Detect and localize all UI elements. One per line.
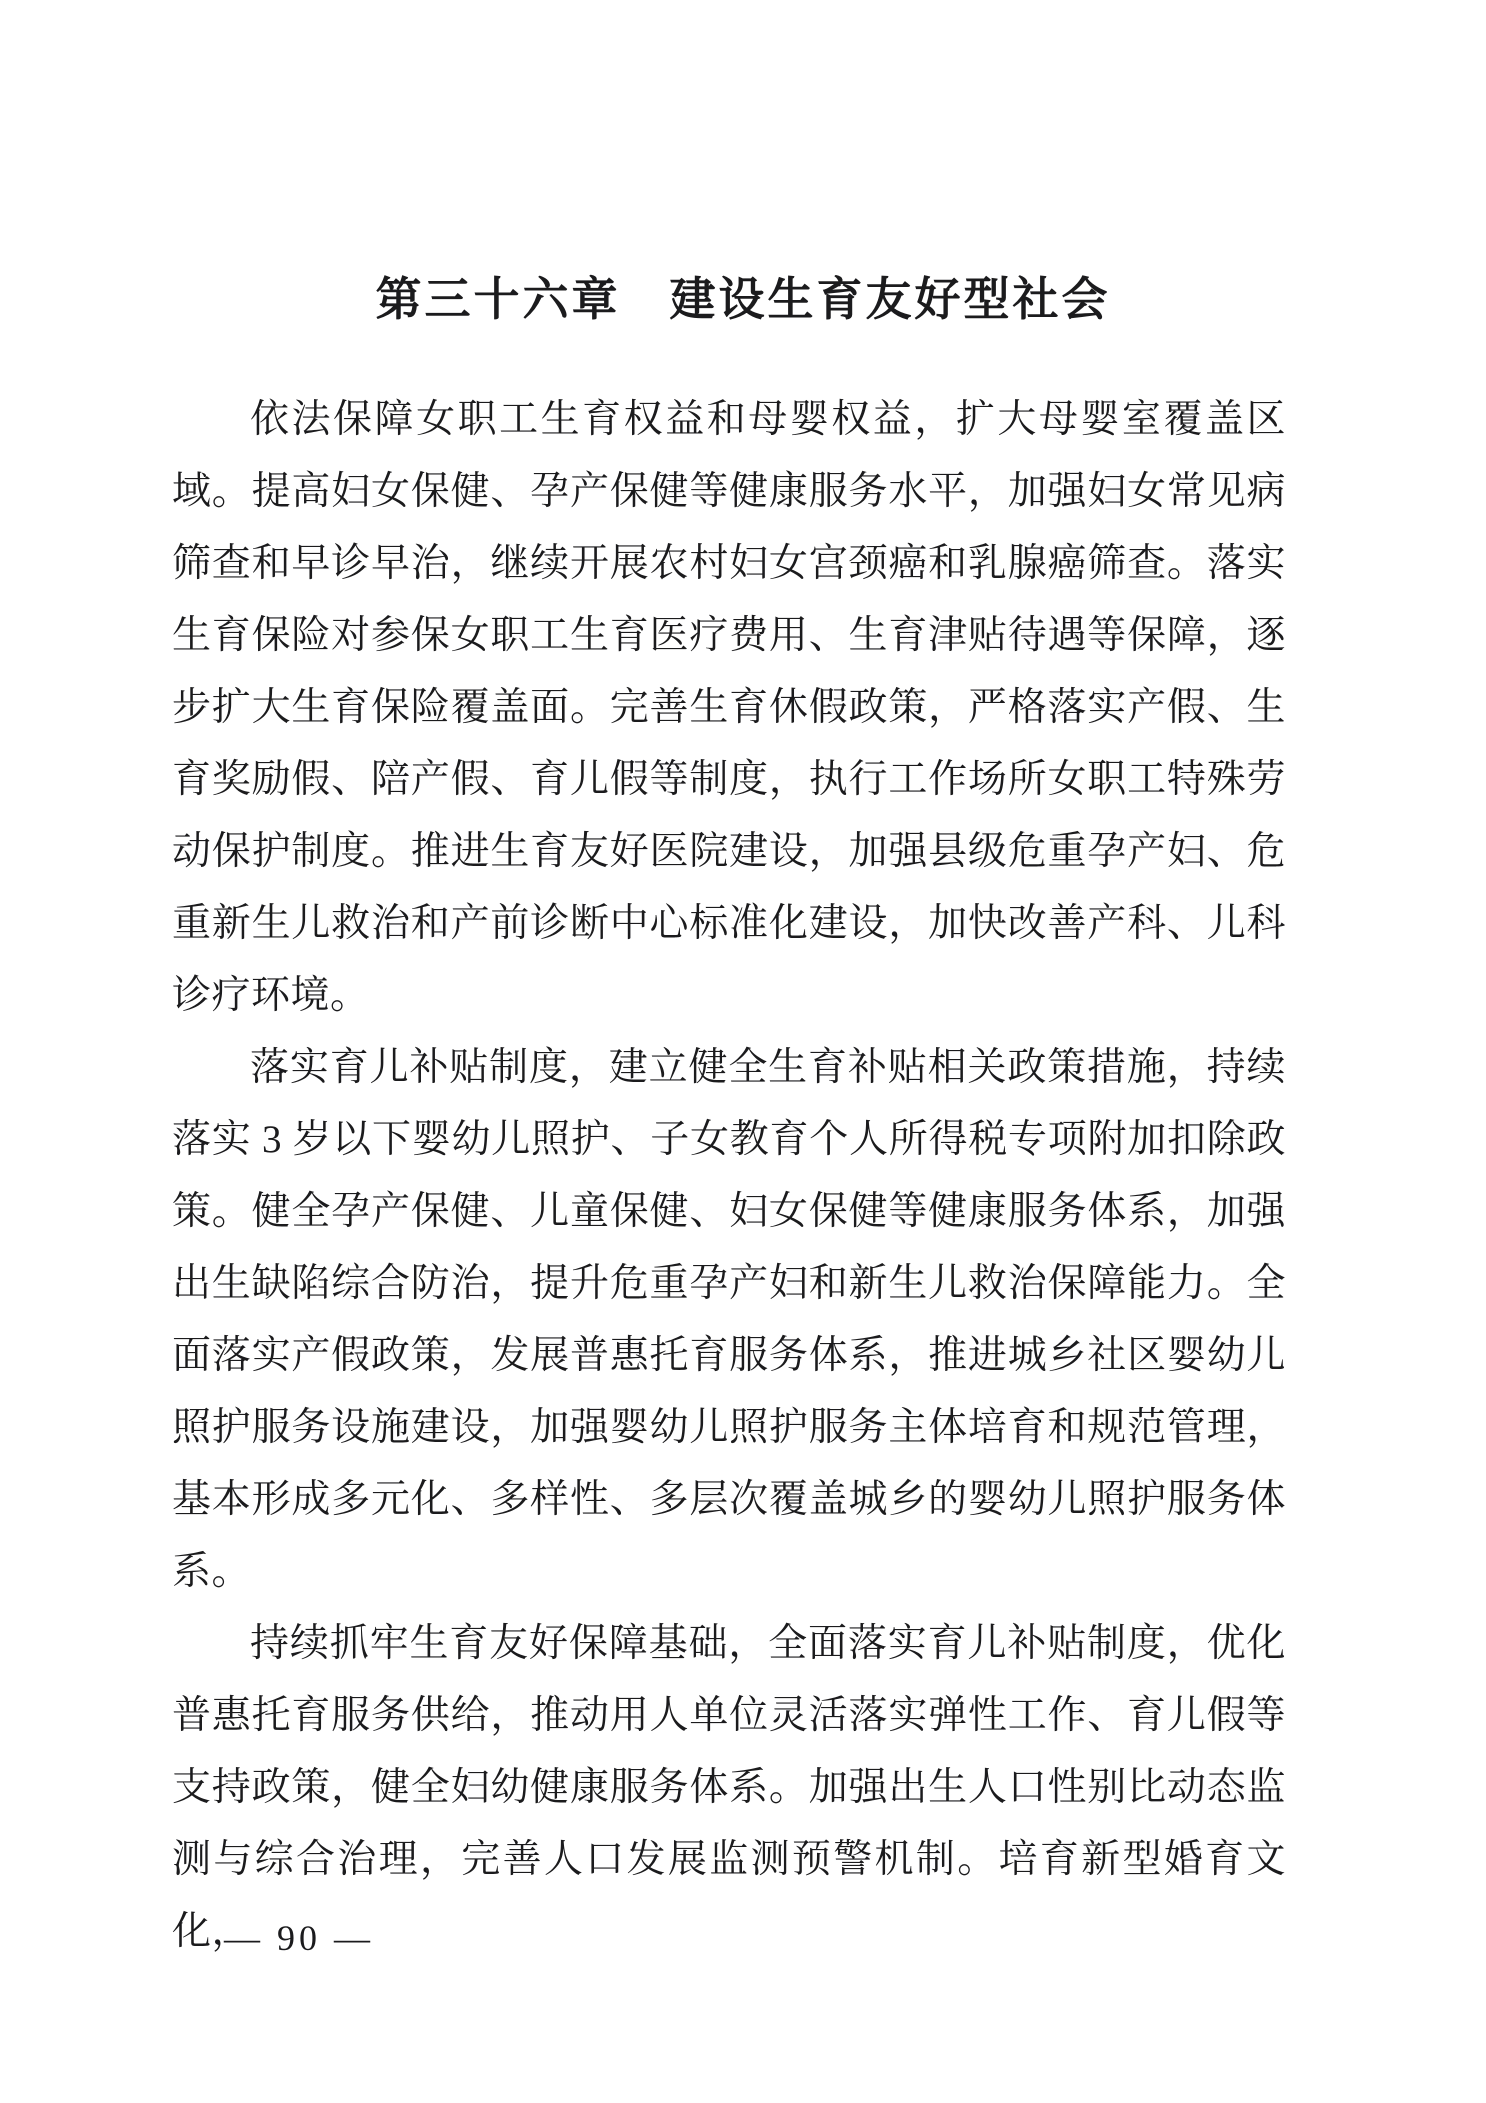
document-body: 依法保障女职工生育权益和母婴权益，扩大母婴室覆盖区域。提高妇女保健、孕产保健等健…	[172, 384, 1286, 1968]
paragraph-2: 落实育儿补贴制度，建立健全生育补贴相关政策措施，持续落实 3 岁以下婴幼儿照护、…	[172, 1032, 1286, 1608]
page-number: — 90 —	[224, 1918, 374, 1958]
chapter-title: 第三十六章 建设生育友好型社会	[0, 268, 1486, 332]
page-footer: — 90 —	[172, 1872, 374, 2004]
paragraph-1: 依法保障女职工生育权益和母婴权益，扩大母婴室覆盖区域。提高妇女保健、孕产保健等健…	[172, 384, 1286, 1032]
document-page: 第三十六章 建设生育友好型社会 依法保障女职工生育权益和母婴权益，扩大母婴室覆盖…	[0, 0, 1486, 2103]
